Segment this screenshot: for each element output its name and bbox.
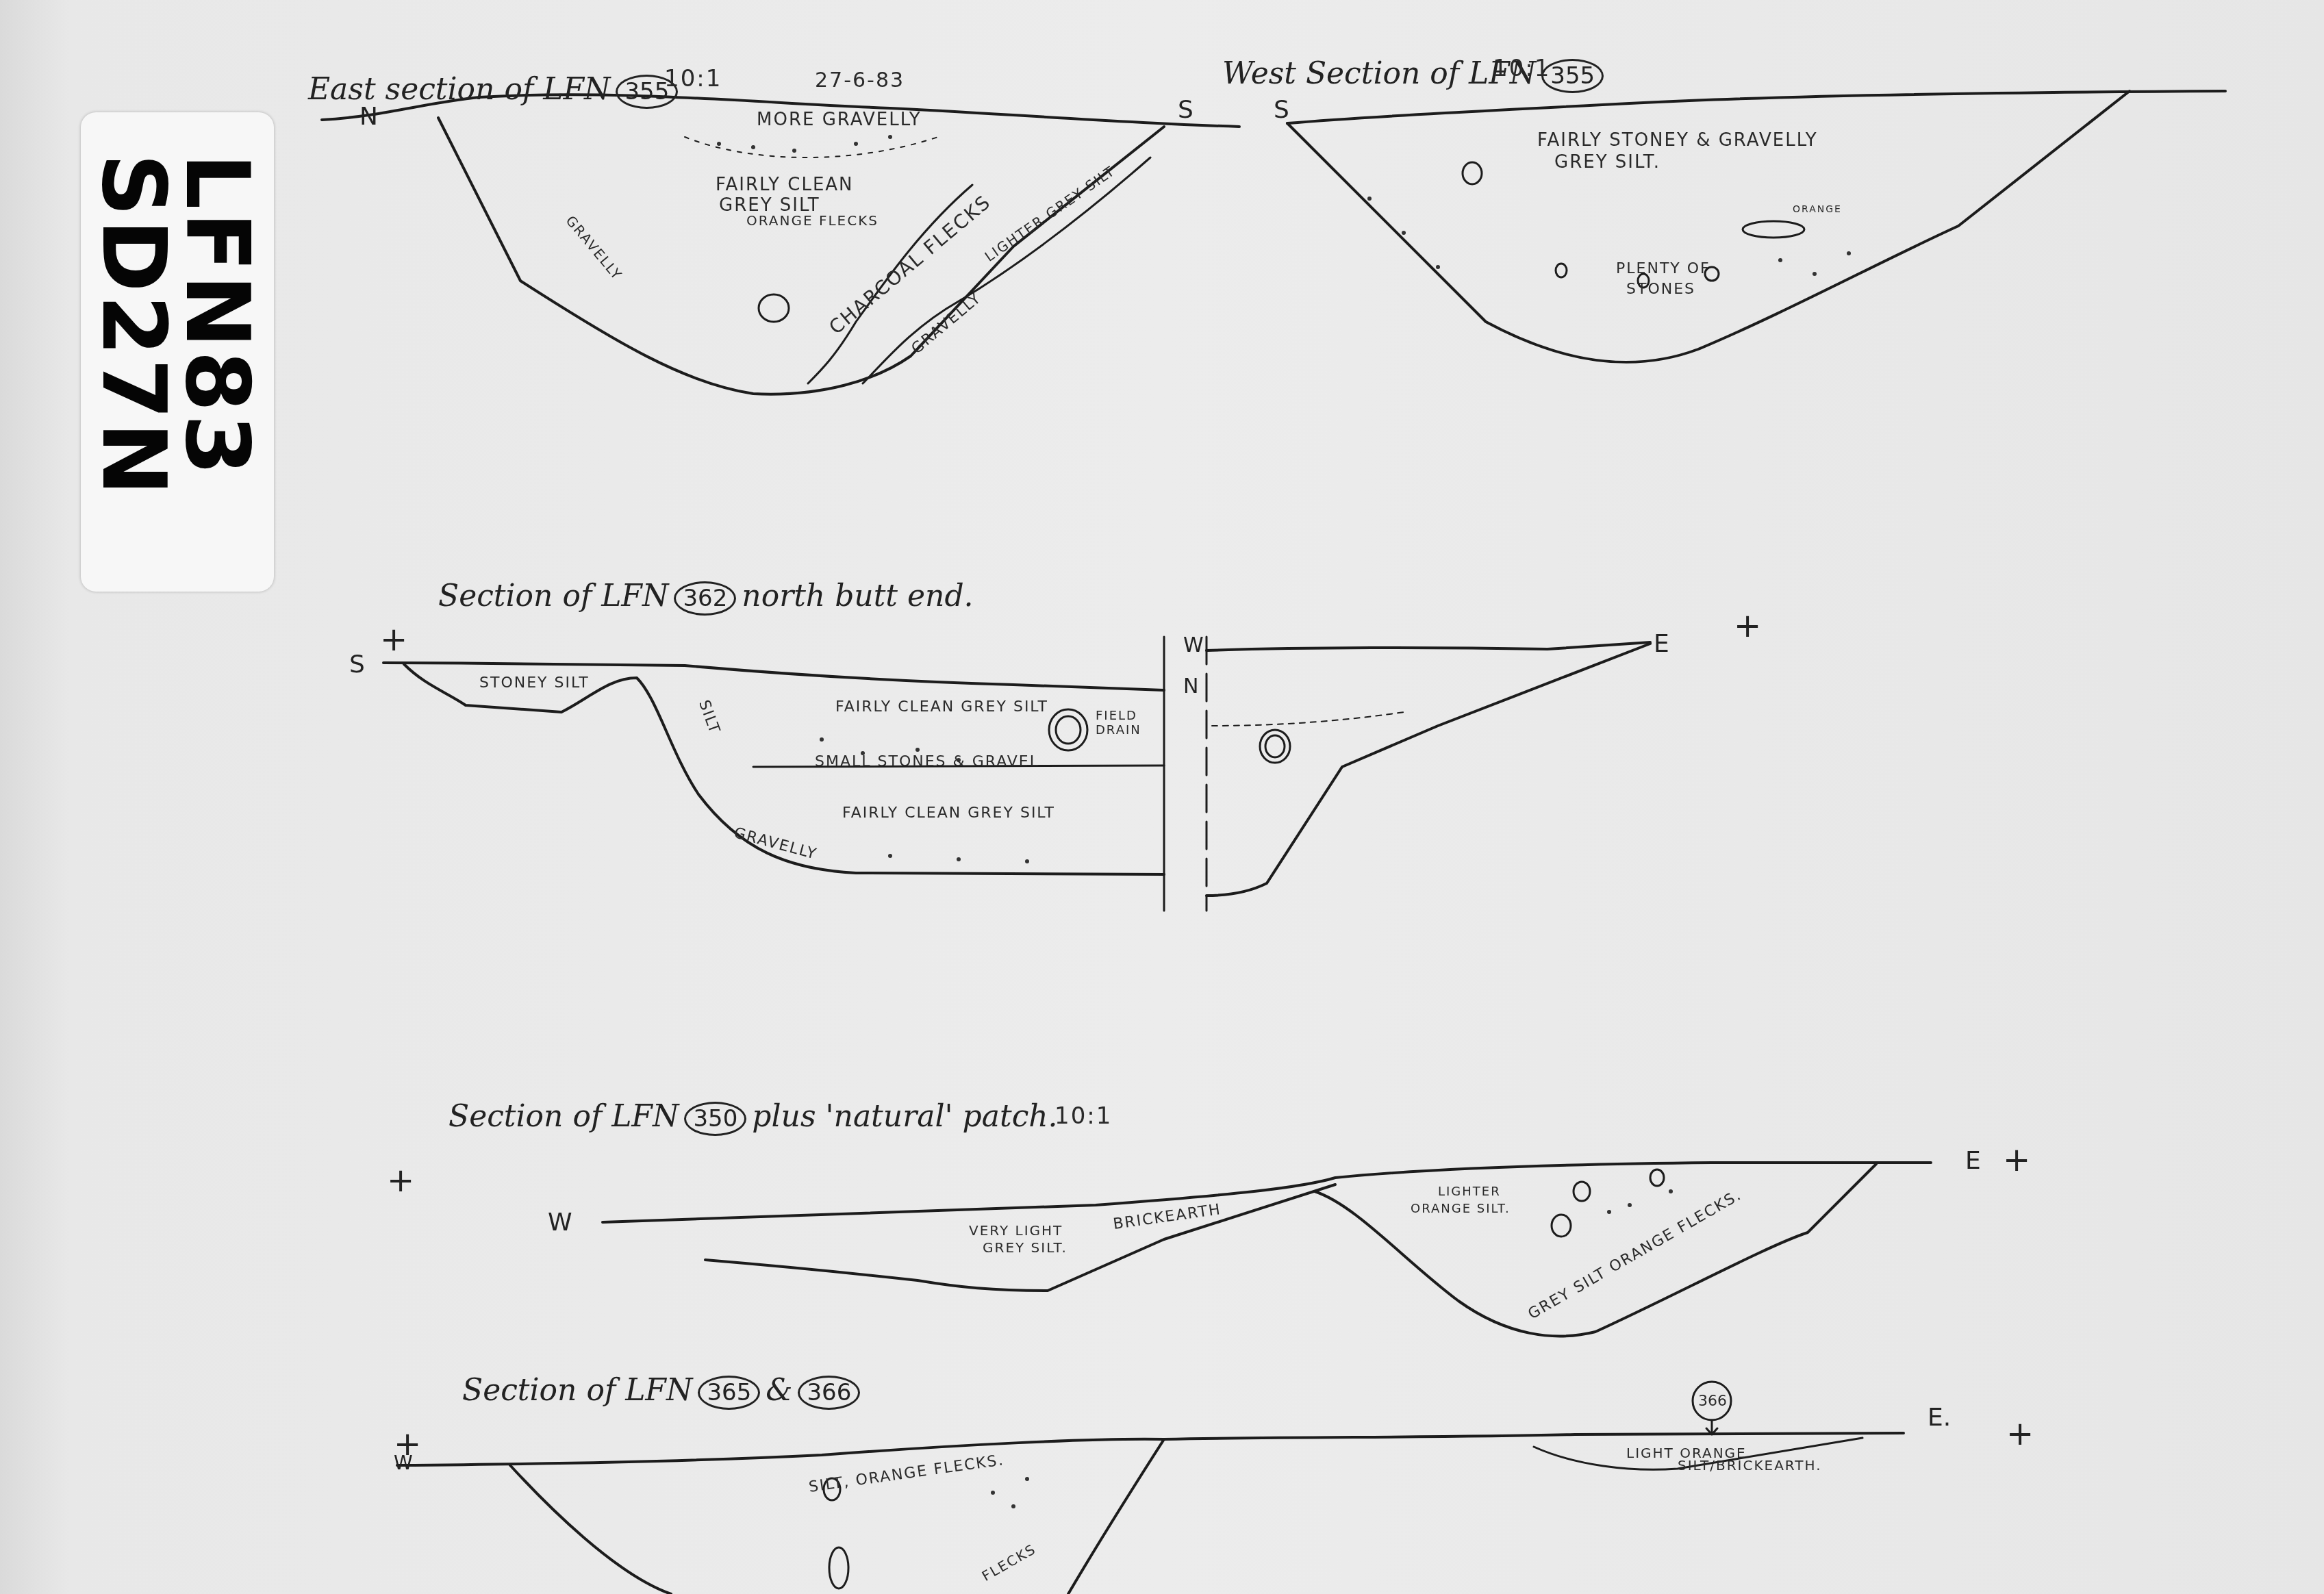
annotation: GREY SILT. [983,1239,1068,1256]
annotation: FAIRLY CLEAN [716,175,854,195]
350-cut-outline [1315,1164,1876,1336]
365-366-title: Section of LFN365&366 [462,1373,866,1410]
350-dir-w: W [548,1209,572,1237]
datum-cross: + [2006,1417,2034,1450]
annotation: STONES [1626,281,1695,298]
east-355-date: 27-6-83 [815,68,905,92]
350-scale: 10:1 [1054,1102,1112,1130]
362-dir-n: N [1183,674,1198,698]
350-dir-e: E [1965,1147,1981,1175]
annotation: ORANGE FLECKS [746,212,879,229]
east-355-cut-outline [438,118,1164,394]
east-355-dir-n: N [359,103,378,131]
annotation: ORANGE SILT. [1411,1202,1511,1216]
annotation: VERY LIGHT [969,1222,1063,1239]
west-355-title: West Section of LFN355 [1222,56,1609,93]
annotation: ORANGE [1793,204,1842,215]
west-355-dir-s: S [1274,96,1289,124]
datum-cross: + [387,1164,414,1197]
context-number: 355 [1541,59,1604,93]
east-355-gravel-band [685,137,938,157]
annotation: MORE GRAVELLY [757,110,922,130]
annotation: FAIRLY CLEAN GREY SILT [835,698,1048,716]
annotation: FAIRLY CLEAN GREY SILT [842,805,1055,822]
362-east-ground-line [1207,642,1650,650]
365-dir-w: W [394,1452,413,1474]
datum-cross: + [380,623,407,656]
362-dir-e: E [1654,630,1669,658]
annotation: LIGHTER [1438,1185,1501,1199]
362-title: Section of LFN362north butt end. [438,579,974,616]
datum-cross: + [1734,609,1761,642]
context-number: 362 [674,581,736,616]
362-dir-w: W [1183,633,1204,657]
context-number: 366 [798,1376,860,1410]
context-number: 365 [698,1376,760,1410]
annotation: FIELD DRAIN [1096,709,1137,737]
section-drawings [0,0,2324,1594]
annotation: SMALL STONES & GRAVEL [815,753,1039,770]
362-east-cut-outline [1207,644,1650,896]
366-callout: 366 [1698,1393,1727,1410]
350-title: Section of LFN350plus 'natural' patch. [449,1099,1058,1136]
annotation: GREY SILT. [1554,152,1660,173]
west-355-ground-line [1287,91,2225,123]
east-355-dir-s: S [1178,96,1193,124]
annotation: FAIRLY STONEY & GRAVELLY [1537,130,1818,151]
annotation: SILT/BRICKEARTH. [1678,1457,1822,1473]
annotation: PLENTY OF [1616,260,1710,277]
annotation: STONEY SILT [479,674,590,692]
362-dir-s: S [349,650,365,679]
362-east-layer [1212,712,1404,726]
context-number: 350 [684,1102,746,1136]
365-dir-e: E. [1928,1404,1951,1432]
west-355-scale: 10:1 [1493,55,1550,82]
datum-cross: + [2003,1143,2030,1176]
east-355-scale: 10:1 [664,65,722,92]
